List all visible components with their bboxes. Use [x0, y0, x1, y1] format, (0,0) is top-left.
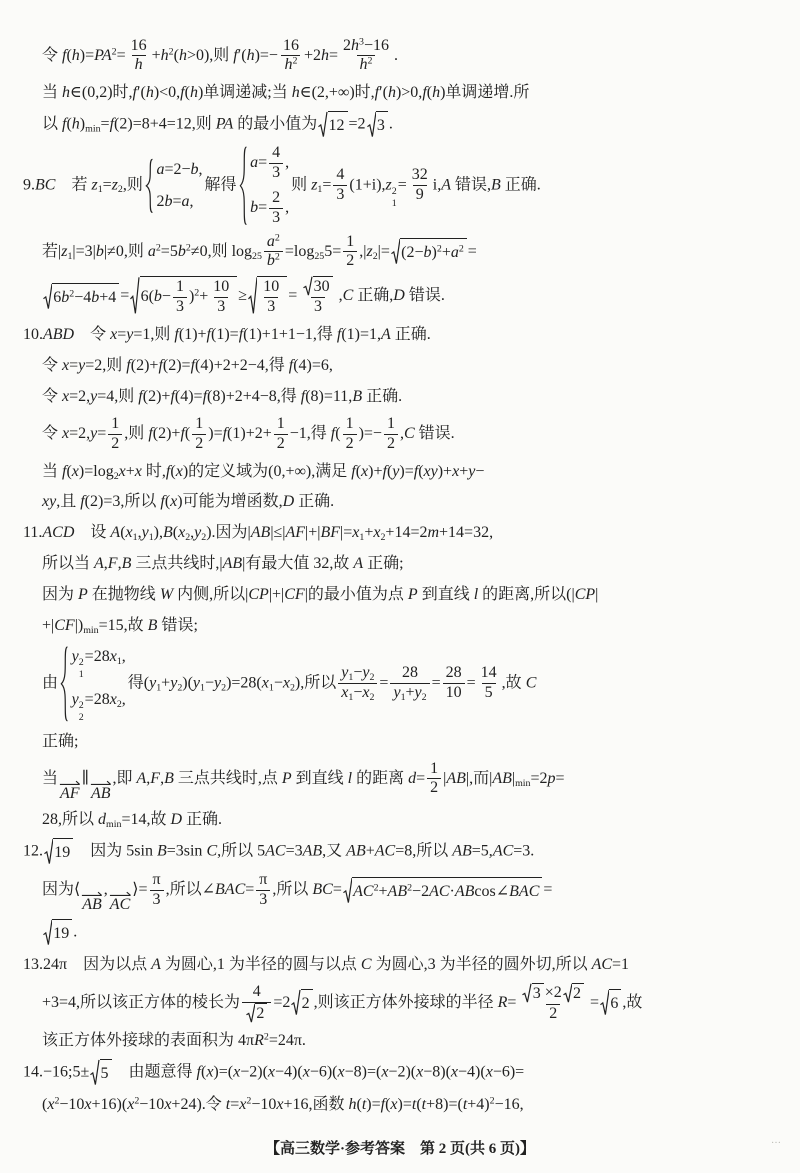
- q10-solution-line-2: 令 x=y=2,则 f(2)+f(2)=f(4)+2+2−4,得 f(4)=6,: [42, 350, 782, 381]
- q10-solution-line-6: xy,且 f(2)=3,所以 f(x)可能为增函数,D 正确.: [42, 487, 782, 518]
- q12-answer-line: 12.19 因为 5sin B=3sin C,所以 5AC=3AB,又 AB+A…: [23, 836, 782, 869]
- q14-solution-line-2: (x2−10x+16)(x2−10x+24).令 t=x2−10x+16,函数 …: [42, 1090, 782, 1121]
- page-footer: 【高三数学·参考答案 第 2 页(共 6 页)】: [0, 1137, 800, 1161]
- q8-solution-line-3: 以 f(h)min=f(2)=8+4=12,则 PA 的最小值为12=23.: [42, 109, 782, 142]
- q11-solution-line-8: 28,所以 dmin=14,故 D 正确.: [42, 805, 782, 836]
- q9-solution-line-3: 6b2−4b+4=6(b−13)2+103≥103=303,C 正确,D 错误.: [42, 274, 782, 320]
- q11-solution-line-6: 正确;: [42, 726, 782, 757]
- q11-solution-line-7: 当AF∥AB,即 A,F,B 三点共线时,点 P 到直线 l 的距离 d=12|…: [42, 757, 782, 805]
- q14-answer-line: 14.−16;5±5 由题意得 f(x)=(x−2)(x−4)(x−6)(x−8…: [23, 1057, 782, 1090]
- q10-solution-line-4: 令 x=2,y=12,则 f(2)+f(12)=f(1)+2+12−1,得 f(…: [42, 412, 782, 456]
- q12-solution-line-3: 19.: [42, 916, 782, 949]
- q10-answer-line: 10.ABD 令 x=y=1,则 f(1)+f(1)=f(1)+1+1−1,得 …: [23, 320, 782, 351]
- q8-solution-line-1: 令 f(h)=PA2=16h+h2(h>0),则 f′(h)=−16h2+2h=…: [42, 34, 782, 78]
- scan-artifact: …: [771, 1133, 782, 1149]
- q9-answer-line: 9.BC 若 z1=z2,则a=2−b,2b=a,解得a=43,b=23,则 z…: [23, 142, 782, 231]
- q11-answer-line: 11.ACD 设 A(x1,y1),B(x2,y2).因为|AB|≤|AF|+|…: [23, 518, 782, 549]
- q10-solution-line-3: 令 x=2,y=4,则 f(2)+f(4)=f(8)+2+4−8,得 f(8)=…: [42, 381, 782, 412]
- q13-answer-line: 13.24π 因为以点 A 为圆心,1 为半径的圆与以点 C 为圆心,3 为半径…: [23, 949, 782, 980]
- q10-solution-line-5: 当 f(x)=log2x+x 时,f(x)的定义域为(0,+∞),满足 f(x)…: [42, 456, 782, 487]
- answer-sheet-page: 令 f(h)=PA2=16h+h2(h>0),则 f′(h)=−16h2+2h=…: [0, 0, 800, 1173]
- q11-solution-line-5: 由y21=28x1,y22=28x2,得(y1+y2)(y1−y2)=28(x1…: [42, 641, 782, 726]
- q13-solution-line-2: +3=4,所以该正方体的棱长为42=22,则该正方体外接球的半径 R=3×222…: [42, 980, 782, 1026]
- q11-solution-line-2: 所以当 A,F,B 三点共线时,|AB|有最大值 32,故 A 正确;: [42, 549, 782, 580]
- solution-lines: 令 f(h)=PA2=16h+h2(h>0),则 f′(h)=−16h2+2h=…: [42, 34, 782, 1121]
- q13-solution-line-3: 该正方体外接球的表面积为 4πR2=24π.: [42, 1026, 782, 1057]
- q12-solution-line-2: 因为⟨AB,AC⟩=π3,所以∠BAC=π3,所以 BC=AC2+AB2−2AC…: [42, 869, 782, 917]
- q8-solution-line-2: 当 h∈(0,2)时,f′(h)<0,f(h)单调递减;当 h∈(2,+∞)时,…: [42, 78, 782, 109]
- q9-solution-line-2: 若|z1|=3|b|≠0,则 a2=5b2≠0,则 log25a2b2=log2…: [42, 230, 782, 274]
- q11-solution-line-4: +|CF|)min=15,故 B 错误;: [42, 611, 782, 642]
- q11-solution-line-3: 因为 P 在抛物线 W 内侧,所以|CP|+|CF|的最小值为点 P 到直线 l…: [42, 580, 782, 611]
